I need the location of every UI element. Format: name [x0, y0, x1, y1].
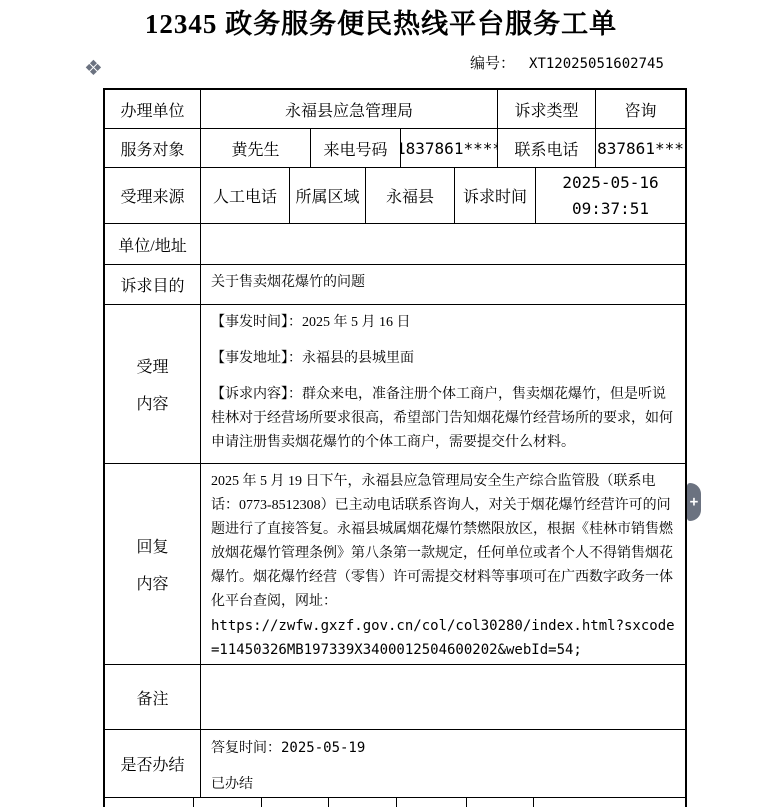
acceptance-content-label-line2: 内容	[136, 391, 168, 414]
table-row-reply-content: 回复 内容 2025 年 5 月 19 日下午，永福县应急管理局安全生产综合监管…	[105, 463, 685, 664]
region-label: 所属区域	[289, 168, 365, 223]
reply-time-label: 答复时间：	[211, 741, 281, 756]
caller-number-value: 1837861****	[400, 129, 497, 167]
partial-cell	[396, 798, 466, 807]
table-row-appeal-purpose: 诉求目的 关于售卖烟花爆竹的问题	[105, 264, 685, 304]
handling-unit-value: 永福县应急管理局	[200, 90, 497, 128]
service-target-value: 黄先生	[200, 129, 310, 167]
service-target-label: 服务对象	[105, 129, 200, 167]
remark-value	[200, 665, 685, 729]
appeal-date: 2025-05-16	[562, 172, 658, 194]
reply-url: https://zwfw.gxzf.gov.cn/col/col30280/in…	[211, 614, 675, 662]
contact-phone-label: 联系电话	[497, 129, 595, 167]
partial-cell	[261, 798, 328, 807]
table-row-partial-bottom	[105, 797, 685, 807]
caller-number-label: 来电号码	[310, 129, 400, 167]
table-row-acceptance-source: 受理来源 人工电话 所属区域 永福县 诉求时间 2025-05-16 09:37…	[105, 167, 685, 223]
appeal-time-value: 2025-05-16 09:37:51	[535, 168, 685, 223]
partial-cell	[105, 798, 193, 807]
appeal-type-label: 诉求类型	[497, 90, 595, 128]
region-value: 永福县	[365, 168, 454, 223]
table-row-resolution-status: 是否办结 答复时间：2025-05-19 已办结	[105, 729, 685, 797]
appeal-purpose-label: 诉求目的	[105, 265, 200, 304]
partial-cell	[466, 798, 533, 807]
table-row-acceptance-content: 受理 内容 【事发时间】：2025 年 5 月 16 日 【事发地址】：永福县的…	[105, 304, 685, 463]
appeal-content-line: 【诉求内容】：群众来电，准备注册个体工商户，售卖烟花爆竹，但是听说桂林对于经营场…	[211, 383, 675, 455]
partial-cell	[533, 798, 685, 807]
serial-number: 编号：XT12025051602745	[470, 52, 664, 73]
partial-cell	[328, 798, 396, 807]
appeal-purpose-value: 关于售卖烟花爆竹的问题	[200, 265, 685, 304]
acceptance-content-label: 受理 内容	[105, 305, 200, 463]
table-side-plus-handle[interactable]: +	[687, 483, 701, 521]
work-order-document: 12345 政务服务便民热线平台服务工单 编号：XT12025051602745…	[0, 0, 762, 807]
incident-address-line: 【事发地址】：永福县的县城里面	[211, 347, 675, 371]
plus-icon: +	[690, 495, 698, 509]
acceptance-content-label-line1: 受理	[136, 354, 168, 377]
handling-unit-label: 办理单位	[105, 90, 200, 128]
work-order-table: 办理单位 永福县应急管理局 诉求类型 咨询 服务对象 黄先生 来电号码 1837…	[103, 88, 687, 807]
contact-phone-value: 1837861****	[595, 129, 685, 167]
reply-time-value: 2025-05-19	[281, 740, 365, 756]
reply-text: 2025 年 5 月 19 日下午，永福县应急管理局安全生产综合监管股（联系电话…	[211, 474, 673, 609]
table-row-unit-address: 单位/地址	[105, 223, 685, 264]
reply-time-line: 答复时间：2025-05-19	[211, 736, 675, 761]
remark-label: 备注	[105, 665, 200, 729]
acceptance-content-value: 【事发时间】：2025 年 5 月 16 日 【事发地址】：永福县的县城里面 【…	[200, 305, 685, 463]
serial-label: 编号：	[470, 56, 515, 72]
unit-address-label: 单位/地址	[105, 224, 200, 264]
appeal-type-value: 咨询	[595, 90, 685, 128]
page-title: 12345 政务服务便民热线平台服务工单	[0, 2, 762, 41]
reply-content-label-line2: 内容	[136, 571, 168, 594]
reply-content-value: 2025 年 5 月 19 日下午，永福县应急管理局安全生产综合监管股（联系电话…	[200, 464, 685, 664]
appeal-time-label: 诉求时间	[454, 168, 535, 223]
serial-value: XT12025051602745	[529, 56, 664, 72]
acceptance-source-value: 人工电话	[200, 168, 289, 223]
incident-time-line: 【事发时间】：2025 年 5 月 16 日	[211, 311, 675, 335]
partial-cell	[193, 798, 261, 807]
reply-content-label: 回复 内容	[105, 464, 200, 664]
table-row-handling-unit: 办理单位 永福县应急管理局 诉求类型 咨询	[105, 90, 685, 128]
appeal-clock: 09:37:51	[572, 198, 649, 220]
resolved-line: 已办结	[211, 773, 675, 797]
move-handle-icon[interactable]: ❖	[84, 58, 103, 79]
unit-address-value	[200, 224, 685, 264]
table-row-service-target: 服务对象 黄先生 来电号码 1837861**** 联系电话 1837861**…	[105, 128, 685, 167]
table-row-remark: 备注	[105, 664, 685, 729]
resolution-status-label: 是否办结	[105, 730, 200, 797]
acceptance-source-label: 受理来源	[105, 168, 200, 223]
reply-content-label-line1: 回复	[136, 534, 168, 557]
resolution-status-value: 答复时间：2025-05-19 已办结	[200, 730, 685, 797]
